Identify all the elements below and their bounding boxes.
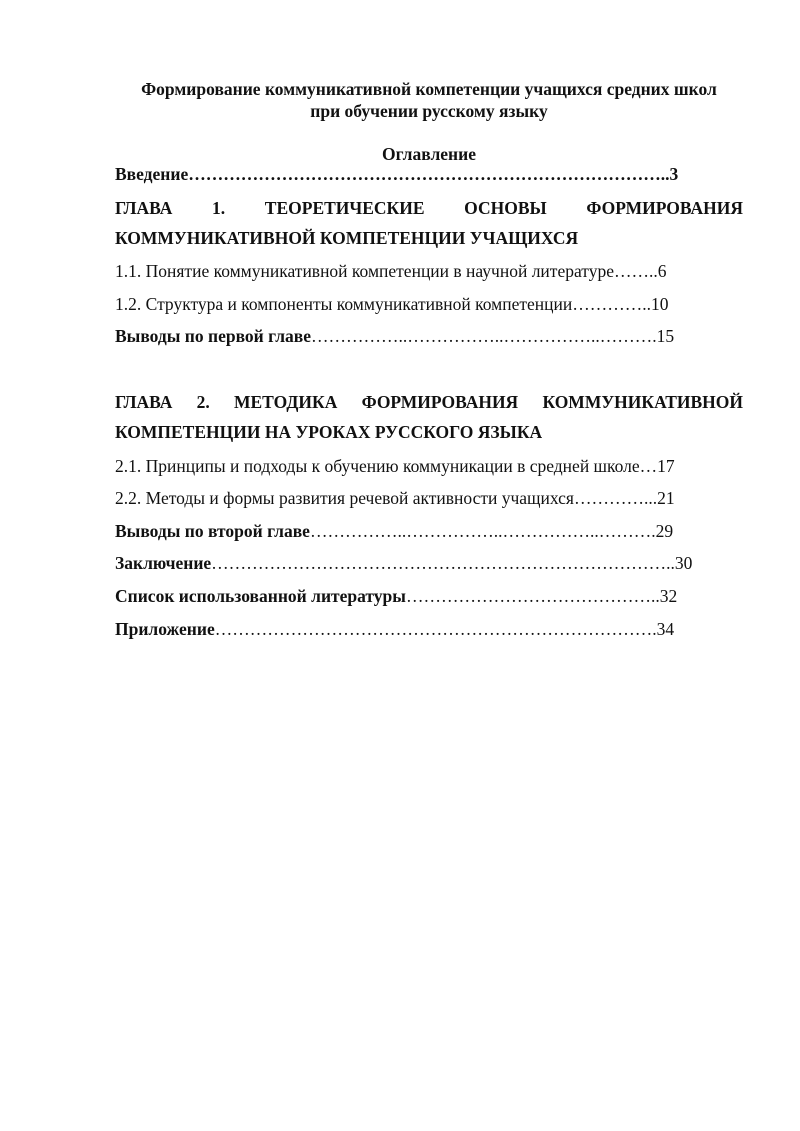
- document-title-line-2: при обучении русскому языку: [115, 100, 743, 122]
- toc-leader-dots: ………………………………………………………………………..: [188, 164, 669, 184]
- document-title: Формирование коммуникативной компетенции…: [115, 78, 743, 122]
- toc-entry-label: Выводы по первой главе: [115, 326, 311, 346]
- toc-leader-dots: ………………………………………………………………….: [215, 619, 657, 639]
- toc-page-number: 6: [658, 261, 667, 281]
- toc-entry-label: Приложение: [115, 619, 215, 639]
- toc-leader-dots: …………..: [572, 294, 651, 314]
- document-title-line-1: Формирование коммуникативной компетенции…: [115, 78, 743, 100]
- toc-page-number: 3: [669, 164, 678, 184]
- toc-page-number: 15: [657, 326, 675, 346]
- toc-leader-dots: ……………………………………………………………………..: [211, 553, 675, 573]
- toc-entry-label: Введение: [115, 164, 188, 184]
- toc-heading: Оглавление: [115, 144, 743, 164]
- toc-entry-label: 1.2. Структура и компоненты коммуникатив…: [115, 294, 572, 314]
- toc-entry-introduction[interactable]: Введение………………………………………………………………………..3: [115, 163, 678, 185]
- toc-page-number: 29: [656, 521, 674, 541]
- chapter-1-title-line-2: КОММУНИКАТИВНОЙ КОМПЕТЕНЦИИ УЧАЩИХСЯ: [115, 223, 743, 253]
- toc-leader-dots: …: [640, 456, 658, 476]
- chapter-2-title-line-2: КОМПЕТЕНЦИИ НА УРОКАХ РУССКОГО ЯЗЫКА: [115, 417, 743, 447]
- toc-entry-label: 2.1. Принципы и подходы к обучению комму…: [115, 456, 640, 476]
- toc-page-number: 21: [657, 488, 675, 508]
- toc-entry-label: Выводы по второй главе: [115, 521, 310, 541]
- toc-entry-section-1-2[interactable]: 1.2. Структура и компоненты коммуникатив…: [115, 293, 668, 315]
- toc-leader-dots: ……..: [614, 261, 658, 281]
- toc-leader-dots: ……………………………………..: [406, 586, 660, 606]
- toc-leader-dots: …………...: [574, 488, 657, 508]
- toc-entry-label: Заключение: [115, 553, 211, 573]
- toc-page-number: 34: [657, 619, 675, 639]
- toc-entry-appendix[interactable]: Приложение………………………………………………………………….34: [115, 618, 674, 640]
- toc-entry-bibliography[interactable]: Список использованной литературы………………………: [115, 585, 677, 607]
- toc-entry-section-2-1[interactable]: 2.1. Принципы и подходы к обучению комму…: [115, 455, 675, 477]
- toc-entry-label: Список использованной литературы: [115, 586, 406, 606]
- toc-entry-section-2-2[interactable]: 2.2. Методы и формы развития речевой акт…: [115, 487, 675, 509]
- chapter-1-title-line-1: ГЛАВА 1. ТЕОРЕТИЧЕСКИЕ ОСНОВЫ ФОРМИРОВАН…: [115, 193, 743, 223]
- toc-page-number: 30: [675, 553, 693, 573]
- toc-entry-chapter-2-conclusion[interactable]: Выводы по второй главе……………..……………..……………: [115, 520, 673, 542]
- chapter-2-title-line-1: ГЛАВА 2. МЕТОДИКА ФОРМИРОВАНИЯ КОММУНИКА…: [115, 387, 743, 417]
- toc-entry-section-1-1[interactable]: 1.1. Понятие коммуникативной компетенции…: [115, 260, 666, 282]
- toc-leader-dots: ……………..……………..……………..……….: [311, 326, 657, 346]
- toc-chapter-2-heading[interactable]: ГЛАВА 2. МЕТОДИКА ФОРМИРОВАНИЯ КОММУНИКА…: [115, 387, 743, 447]
- toc-chapter-1-heading[interactable]: ГЛАВА 1. ТЕОРЕТИЧЕСКИЕ ОСНОВЫ ФОРМИРОВАН…: [115, 193, 743, 253]
- toc-entry-chapter-1-conclusion[interactable]: Выводы по первой главе……………..……………..……………: [115, 325, 674, 347]
- toc-entry-label: 2.2. Методы и формы развития речевой акт…: [115, 488, 574, 508]
- toc-leader-dots: ……………..……………..……………..……….: [310, 521, 656, 541]
- toc-page-number: 10: [651, 294, 669, 314]
- toc-entry-label: 1.1. Понятие коммуникативной компетенции…: [115, 261, 614, 281]
- toc-page-number: 17: [657, 456, 675, 476]
- toc-page-number: 32: [660, 586, 678, 606]
- toc-entry-conclusion[interactable]: Заключение……………………………………………………………………..30: [115, 552, 692, 574]
